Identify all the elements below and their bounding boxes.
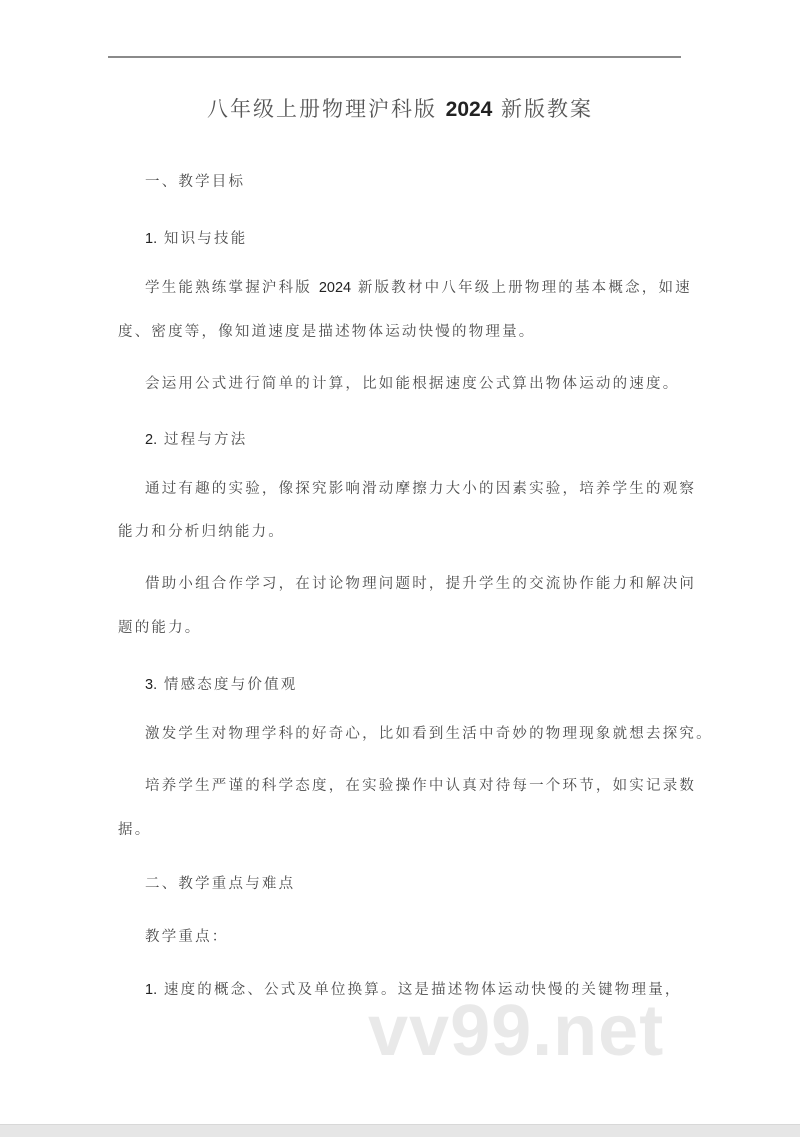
paragraph-line: 借助小组合作学习，在讨论物理问题时，提升学生的交流协作能力和解决问 [145, 572, 696, 593]
subheading-knowledge-skills: 1. 知识与技能 [145, 227, 247, 248]
watermark: vv99.net [368, 990, 664, 1072]
paragraph-line: 题的能力。 [118, 616, 202, 637]
subheading-process-methods: 2. 过程与方法 [145, 428, 247, 449]
subheading-attitudes-values: 3. 情感态度与价值观 [145, 673, 298, 694]
paragraph-line: 通过有趣的实验，像探究影响滑动摩擦力大小的因素实验，培养学生的观察 [145, 477, 696, 498]
subheading-teaching-focus: 教学重点： [145, 925, 229, 946]
paragraph-line: 学生能熟练掌握沪科版 2024 新版教材中八年级上册物理的基本概念，如速 [145, 276, 692, 297]
title-text: 八年级上册物理沪科版 [207, 97, 446, 121]
paragraph-line: 能力和分析归纳能力。 [118, 520, 285, 541]
document-title: 八年级上册物理沪科版 2024 新版教案 [0, 93, 800, 123]
paragraph-line: 培养学生严谨的科学态度，在实验操作中认真对待每一个环节，如实记录数 [145, 774, 696, 795]
title-year: 2024 [446, 98, 493, 121]
paragraph-line: 会运用公式进行简单的计算，比如能根据速度公式算出物体运动的速度。 [145, 372, 679, 393]
paragraph-line: 据。 [118, 818, 151, 839]
page-bottom-bar [0, 1124, 800, 1137]
header-rule [108, 56, 681, 58]
paragraph-line: 度、密度等，像知道速度是描述物体运动快慢的物理量。 [118, 320, 536, 341]
section-heading-objectives: 一、教学目标 [145, 170, 245, 191]
title-text-suffix: 新版教案 [492, 97, 593, 121]
paragraph-line: 激发学生对物理学科的好奇心，比如看到生活中奇妙的物理现象就想去探究。 [145, 722, 713, 743]
section-heading-key-points: 二、教学重点与难点 [145, 872, 295, 893]
